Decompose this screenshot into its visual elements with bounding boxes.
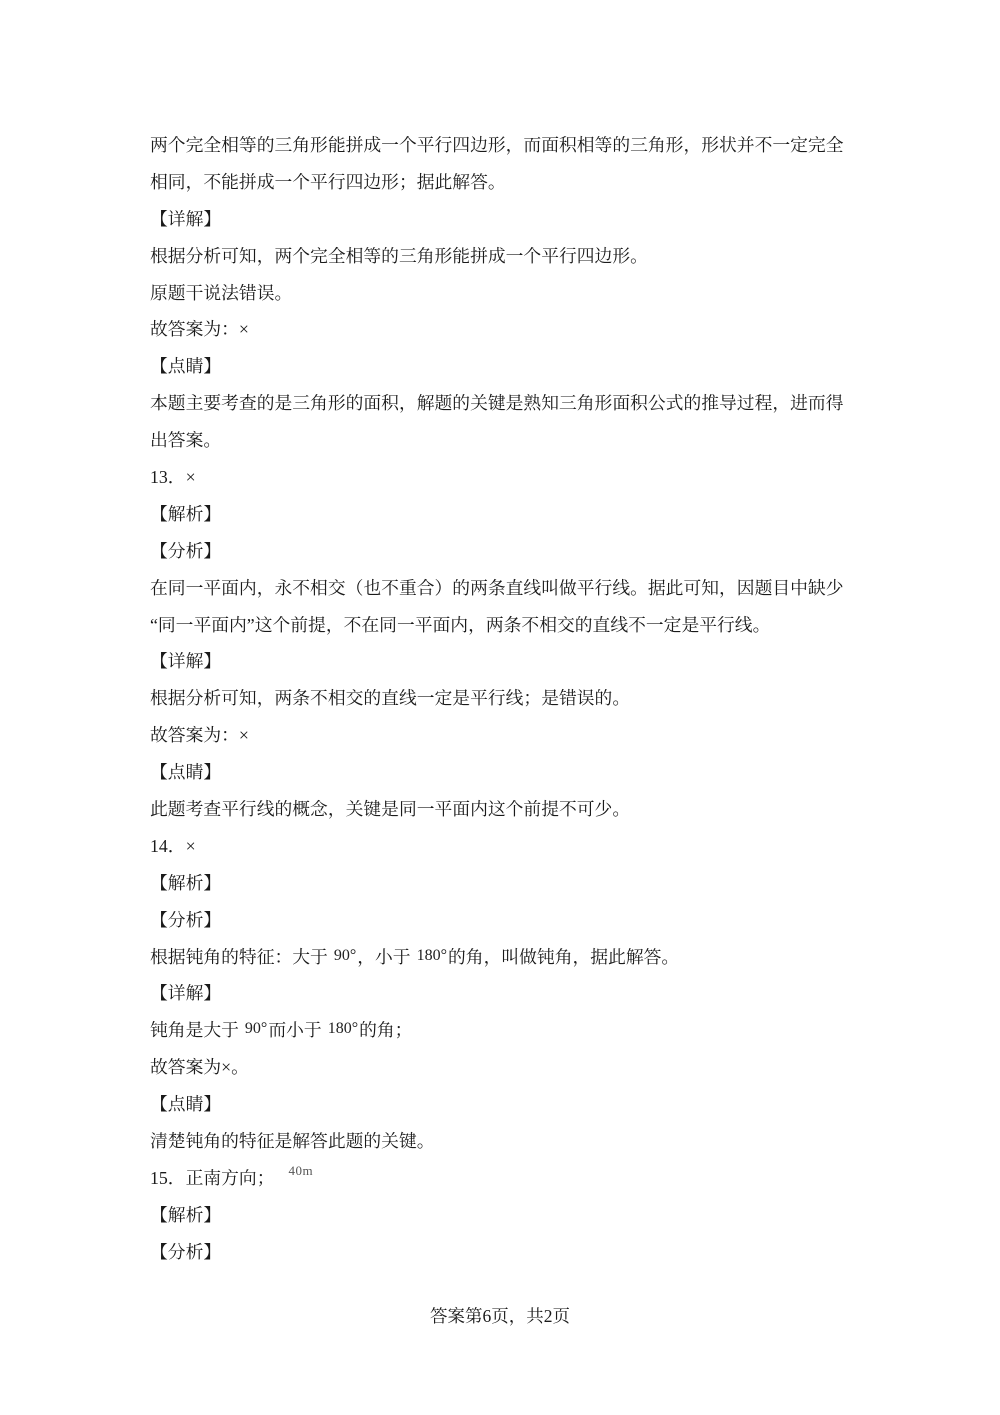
degree-value-90: 90° xyxy=(334,947,356,964)
text-line: 相同，不能拼成一个平行四边形；据此解答。 xyxy=(150,164,860,201)
text-line: 根据分析可知，两条不相交的直线一定是平行线；是错误的。 xyxy=(150,680,860,717)
degree-value-180: 180° xyxy=(328,1020,358,1037)
text-line: “同一平面内”这个前提，不在同一平面内，两条不相交的直线不一定是平行线。 xyxy=(150,607,860,644)
section-heading-xiangjie: 【详解】 xyxy=(150,975,860,1012)
section-heading-xiangjie: 【详解】 xyxy=(150,201,860,238)
section-heading-jiexi: 【解析】 xyxy=(150,496,860,533)
page-footer: 答案第6页，共2页 xyxy=(0,1298,1000,1335)
section-heading-xiangjie: 【详解】 xyxy=(150,643,860,680)
answer-line: 故答案为：× xyxy=(150,717,860,754)
question-15-answer-line: 15．正南方向；40m xyxy=(150,1160,860,1197)
line-segment: 15．正南方向； xyxy=(150,1168,274,1188)
text-line: 出答案。 xyxy=(150,422,860,459)
degree-value-90: 90° xyxy=(245,1020,267,1037)
text-line: 在同一平面内，永不相交（也不重合）的两条直线叫做平行线。据此可知，因题目中缺少 xyxy=(150,570,860,607)
answer-sheet-content: 两个完全相等的三角形能拼成一个平行四边形，而面积相等的三角形，形状并不一定完全 … xyxy=(150,127,860,1271)
text-line: 清楚钝角的特征是解答此题的关键。 xyxy=(150,1123,860,1160)
section-heading-dianjing: 【点睛】 xyxy=(150,754,860,791)
text-line: 两个完全相等的三角形能拼成一个平行四边形，而面积相等的三角形，形状并不一定完全 xyxy=(150,127,860,164)
section-heading-fenxi: 【分析】 xyxy=(150,1234,860,1271)
line-segment: 而小于 xyxy=(268,1020,321,1040)
section-heading-dianjing: 【点睛】 xyxy=(150,1086,860,1123)
section-heading-fenxi: 【分析】 xyxy=(150,902,860,939)
document-page: 两个完全相等的三角形能拼成一个平行四边形，而面积相等的三角形，形状并不一定完全 … xyxy=(0,0,1000,1415)
answer-line: 故答案为×。 xyxy=(150,1049,860,1086)
text-line: 钝角是大于90°而小于180°的角； xyxy=(150,1012,860,1049)
answer-line: 故答案为：× xyxy=(150,311,860,348)
question-13-answer-line: 13．× xyxy=(150,459,860,496)
section-heading-jiexi: 【解析】 xyxy=(150,865,860,902)
distance-value: 40m xyxy=(288,1163,313,1178)
text-line: 根据分析可知，两个完全相等的三角形能拼成一个平行四边形。 xyxy=(150,238,860,275)
line-segment: ，小于 xyxy=(357,947,410,967)
text-line: 此题考查平行线的概念，关键是同一平面内这个前提不可少。 xyxy=(150,791,860,828)
line-segment: 钝角是大于 xyxy=(150,1020,239,1040)
section-heading-jiexi: 【解析】 xyxy=(150,1197,860,1234)
degree-value-180: 180° xyxy=(417,947,447,964)
question-14-answer-line: 14．× xyxy=(150,828,860,865)
section-heading-dianjing: 【点睛】 xyxy=(150,348,860,385)
text-line: 根据钝角的特征：大于90°，小于180°的角，叫做钝角，据此解答。 xyxy=(150,939,860,976)
line-segment: 的角，叫做钝角，据此解答。 xyxy=(448,947,679,967)
line-segment: 的角； xyxy=(359,1020,412,1040)
text-line: 原题干说法错误。 xyxy=(150,275,860,312)
text-line: 本题主要考查的是三角形的面积，解题的关键是熟知三角形面积公式的推导过程，进而得 xyxy=(150,385,860,422)
section-heading-fenxi: 【分析】 xyxy=(150,533,860,570)
line-segment: 根据钝角的特征：大于 xyxy=(150,947,328,967)
